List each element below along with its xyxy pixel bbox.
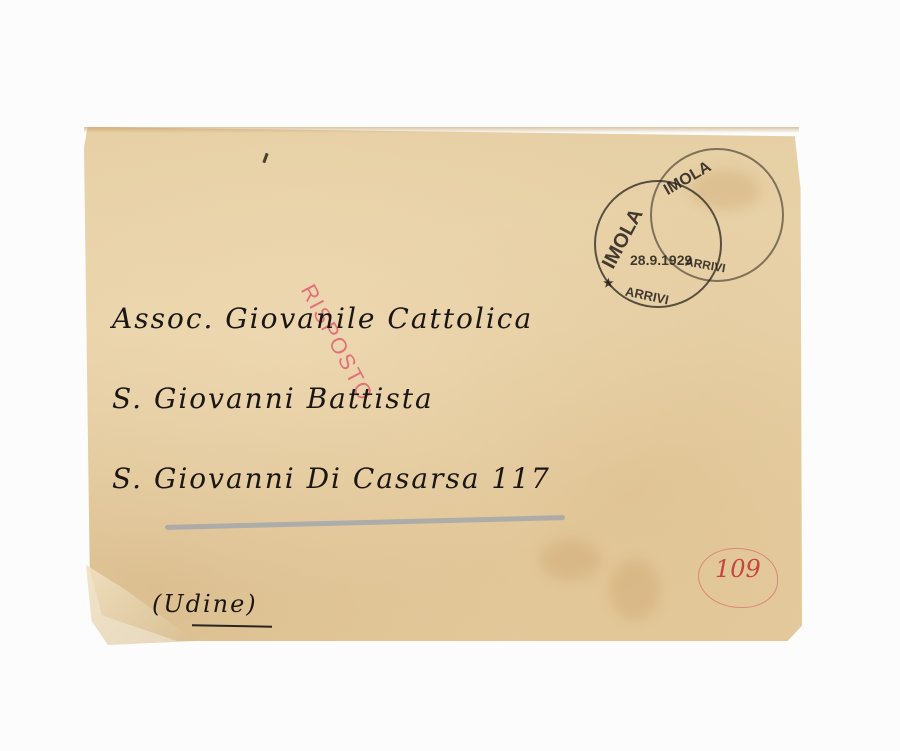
envelope-top-edge	[84, 127, 799, 133]
paper-stain	[540, 540, 600, 580]
postmark-date: 28.9.1929	[630, 252, 692, 268]
paper-stain	[610, 560, 660, 620]
address-line-1: Assoc. Giovanile Cattolica	[112, 302, 533, 335]
address-line-2: S. Giovanni Battista	[112, 382, 434, 415]
photo-stage: IMOLA IMOLA 28.9.1929 ARRIVI ARRIVI ★ RI…	[0, 0, 900, 751]
annotation-number: 109	[715, 555, 761, 583]
address-line-3: S. Giovanni Di Casarsa 117	[112, 462, 551, 495]
address-line-4: (Udine)	[152, 590, 258, 618]
star-icon: ★	[603, 276, 614, 290]
